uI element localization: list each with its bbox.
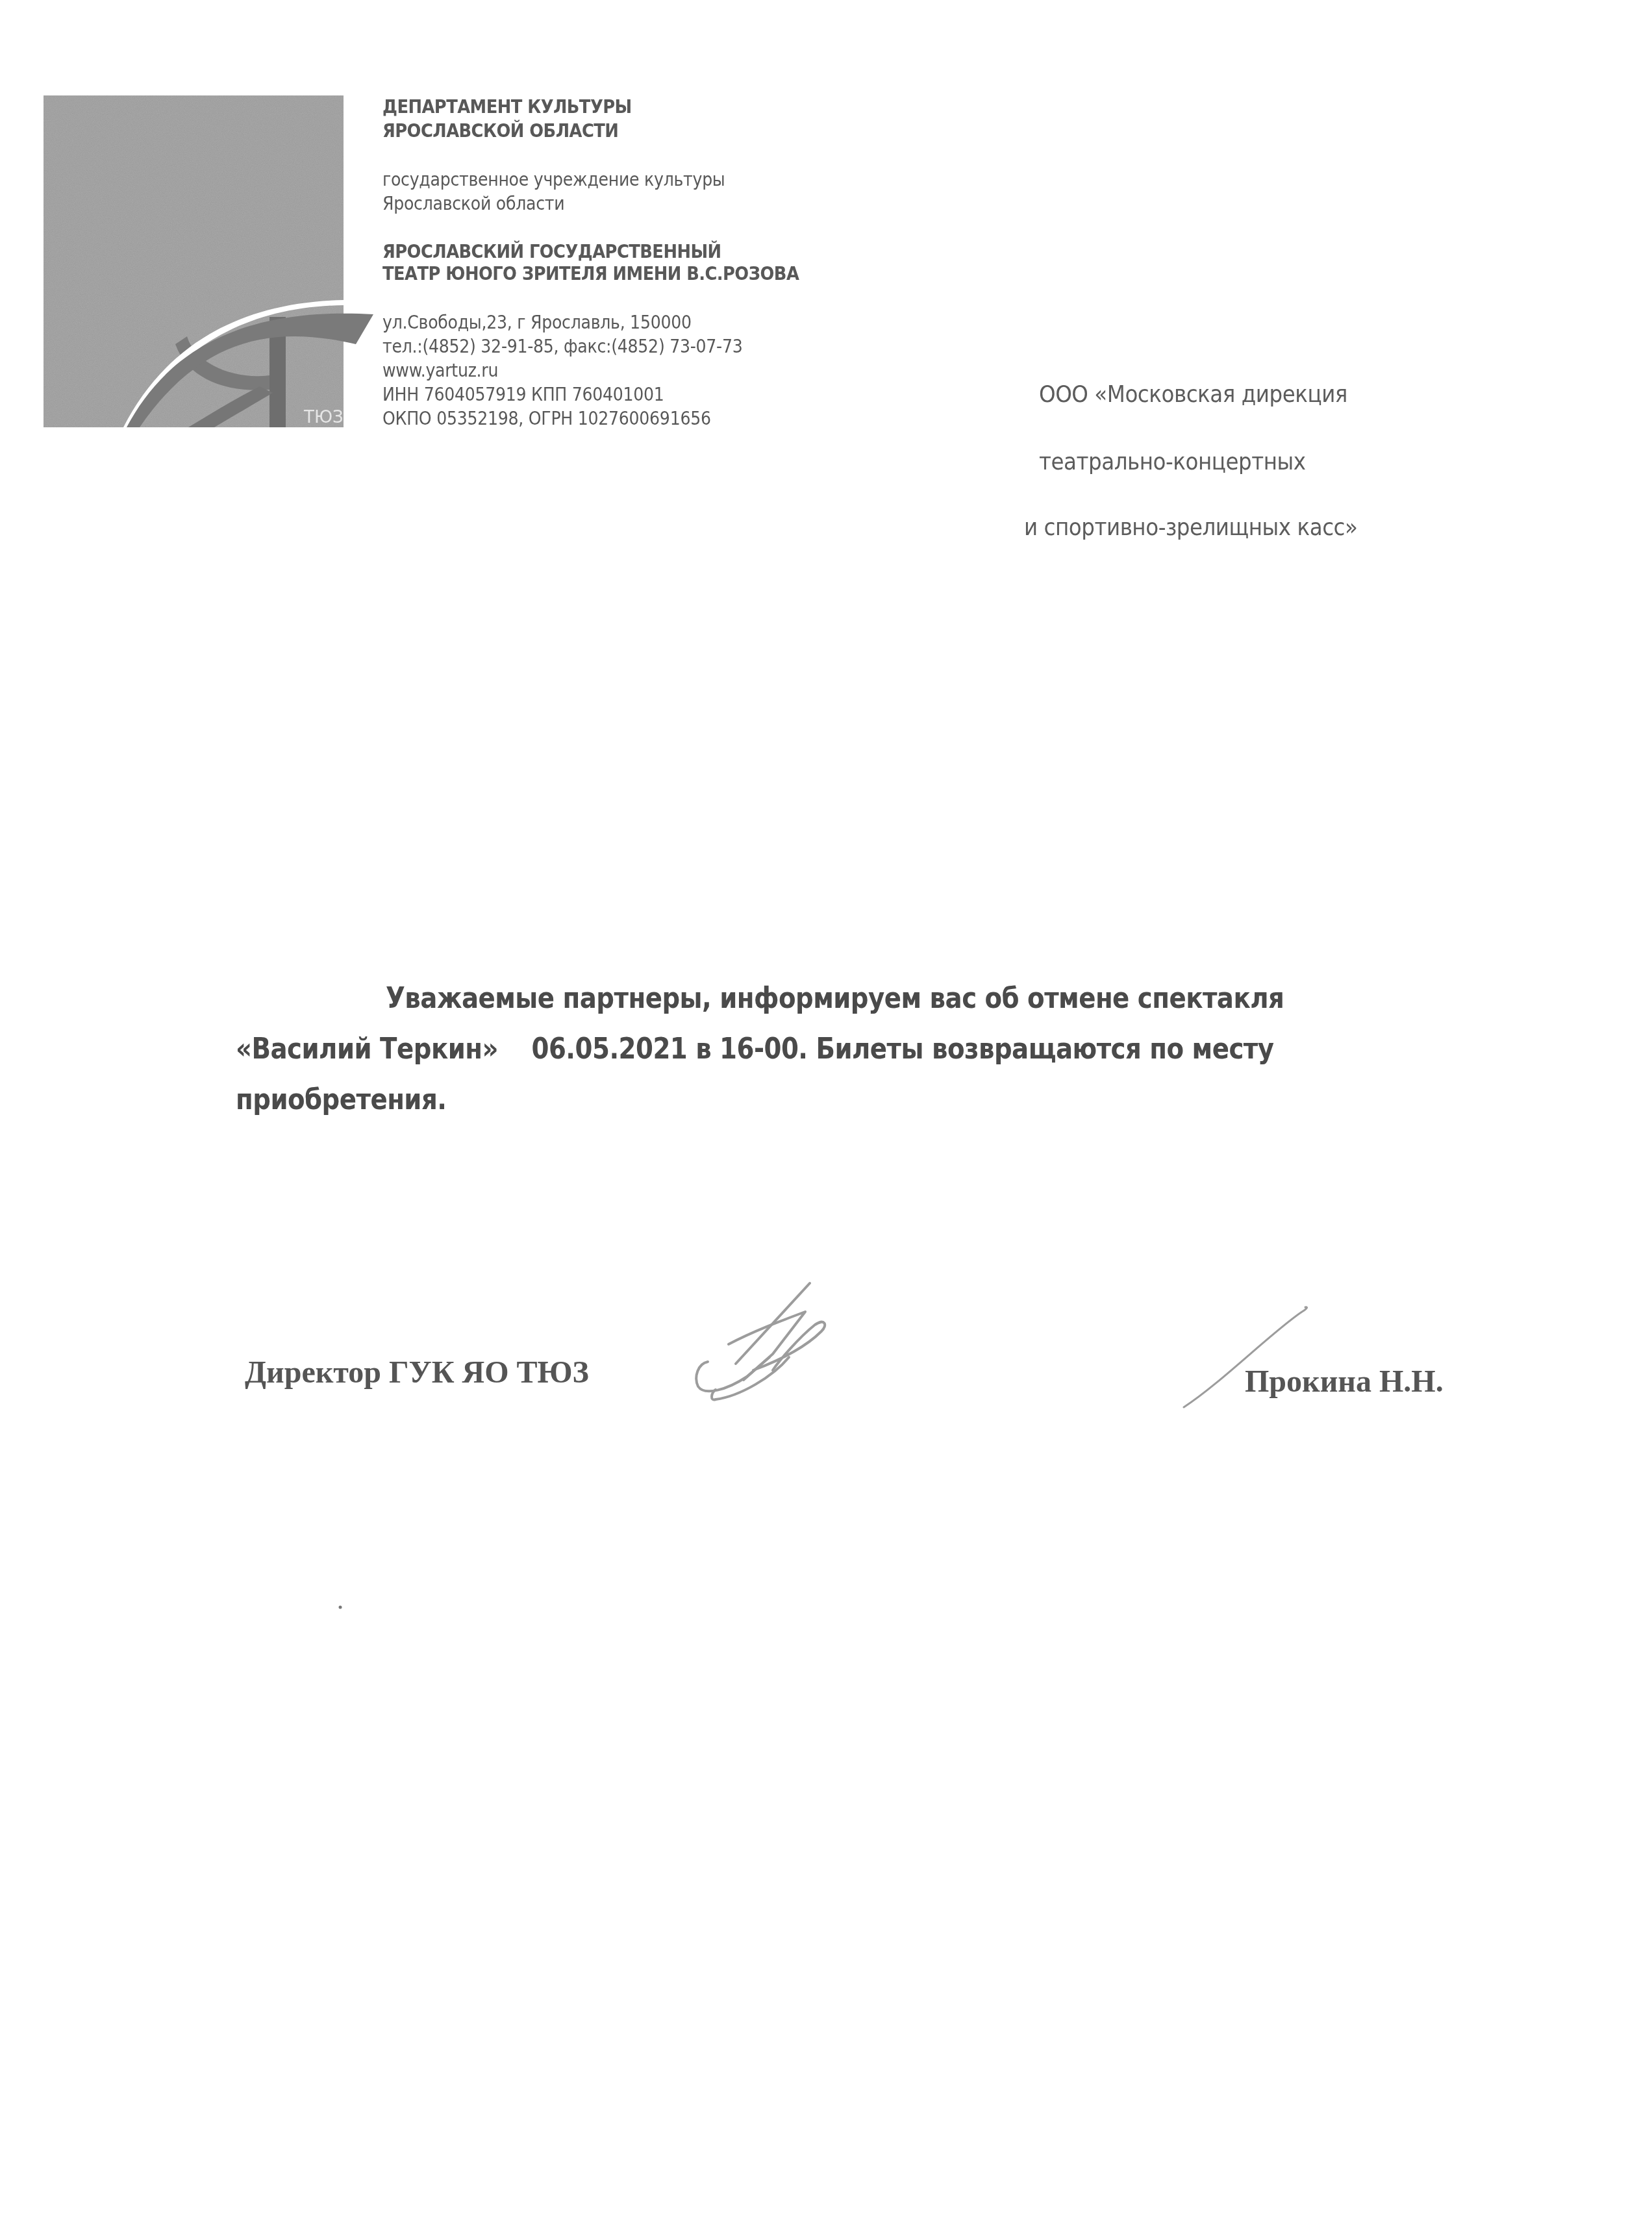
theatre-name: ЯРОСЛАВСКИЙ ГОСУДАРСТВЕННЫЙ ТЕАТР ЮНОГО … — [382, 241, 799, 285]
department-line-1: ДЕПАРТАМЕНТ КУЛЬТУРЫ — [382, 95, 632, 119]
body-line-1: Уважаемые партнеры, информируем вас об о… — [386, 981, 1284, 1015]
department-line-2: ЯРОСЛАВСКОЙ ОБЛАСТИ — [382, 119, 632, 143]
contact-details: ул.Свободы,23, г Ярославль, 150000 тел.:… — [382, 310, 742, 431]
signature-stroke — [736, 1283, 810, 1364]
play-title: «Василий Теркин» — [236, 1031, 498, 1066]
signatory-name: Прокина Н.Н. — [1245, 1364, 1444, 1399]
addressee-line-2: театрально-концертных — [1039, 449, 1306, 475]
inn-kpp-text: ИНН 7604057919 КПП 760401001 — [382, 382, 742, 407]
body-line-2: «Василий Теркин»06.05.2021 в 16-00. Биле… — [236, 1031, 1273, 1066]
performance-details: 06.05.2021 в 16-00. Билеты возвращаются … — [532, 1031, 1274, 1066]
theatre-name-line-2: ТЕАТР ЮНОГО ЗРИТЕЛЯ ИМЕНИ В.С.РОЗОВА — [382, 263, 799, 285]
theatre-name-line-1: ЯРОСЛАВСКИЙ ГОСУДАРСТВЕННЫЙ — [382, 241, 799, 263]
signatory-position: Директор ГУК ЯО ТЮЗ — [245, 1355, 589, 1390]
addressee-line-3: и спортивно-зрелищных касс» — [1024, 515, 1357, 541]
logo-square — [44, 95, 344, 427]
institution-type-line-1: государственное учреждение культуры — [382, 168, 725, 192]
institution-type-line-2: Ярославской области — [382, 192, 725, 216]
institution-type: государственное учреждение культуры Ярос… — [382, 168, 725, 216]
logo-swoosh — [127, 314, 373, 427]
addressee-line-1: ООО «Московская дирекция — [1039, 382, 1347, 408]
address-text: ул.Свободы,23, г Ярославль, 150000 — [382, 310, 742, 334]
body-line-3: приобретения. — [236, 1082, 447, 1116]
logo-tyuz-text: ТЮЗ — [303, 408, 344, 427]
okpo-ogrn-text: ОКПО 05352198, ОГРН 1027600691656 — [382, 407, 742, 431]
department-name: ДЕПАРТАМЕНТ КУЛЬТУРЫ ЯРОСЛАВСКОЙ ОБЛАСТИ — [382, 95, 632, 143]
website-link[interactable]: www.yartuz.ru — [382, 358, 742, 382]
phone-fax-text: тел.:(4852) 32-91-85, факс:(4852) 73-07-… — [382, 334, 742, 358]
scan-speck — [339, 1606, 342, 1609]
